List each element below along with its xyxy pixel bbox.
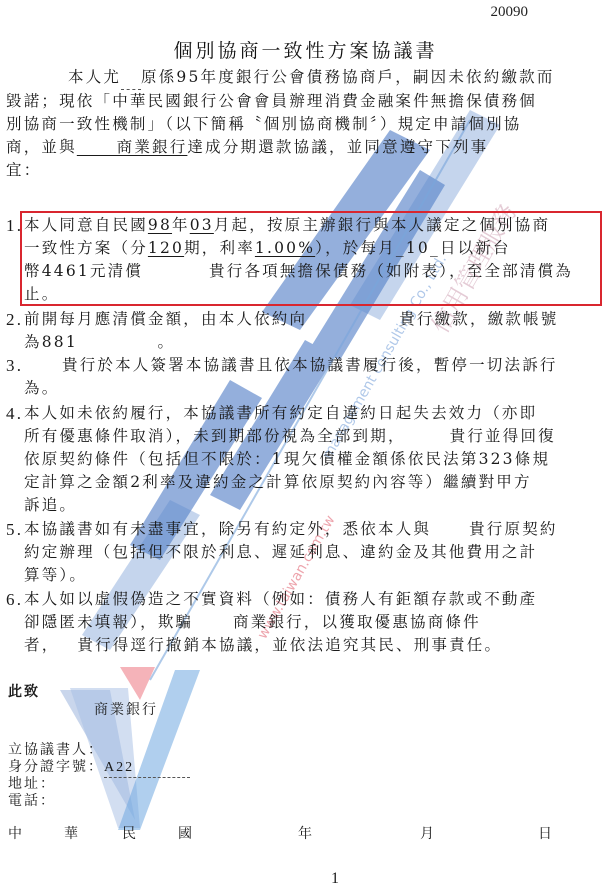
intro-line-4: 商，並與 商業銀行達成分期還款協議，並同意遵守下列事 bbox=[6, 136, 606, 159]
intro-line-5: 宜： bbox=[6, 159, 606, 182]
document-id: 20090 bbox=[491, 4, 574, 21]
id-label: 身分證字號： bbox=[8, 759, 104, 775]
monthly-amount: 幣4461元清償 bbox=[24, 262, 143, 280]
redacted-name bbox=[121, 66, 141, 90]
clause-3: 3. 貴行於本人簽署本協議書且依本協議書履行後，暫停一切法訴行 為。 bbox=[6, 354, 606, 400]
clause-2: 2. 前開每月應清償金額，由本人依約向貴行繳款，繳款帳號 為881 。 bbox=[6, 308, 606, 354]
page-number: 1 bbox=[0, 870, 611, 888]
clause-1-line-4: 止。 bbox=[24, 283, 606, 306]
clause-1-line-2: 一致性方案（分120期，利率1.00%），於每月_10_日以新台 bbox=[24, 237, 606, 260]
document-title: 個別協商一致性方案協議書 bbox=[0, 36, 611, 63]
id-value: A22 bbox=[104, 758, 190, 778]
installment-count: 120 bbox=[148, 239, 184, 257]
clause-number: 2. bbox=[6, 308, 23, 331]
phone-label: 電話： bbox=[8, 792, 56, 811]
payment-day: _10_ bbox=[396, 239, 440, 257]
clause-6: 6. 本人如以虛假偽造之不實資料（例如：債務人有鉅額存款或不動產 卻隱匿未填報）… bbox=[6, 588, 606, 657]
intro-line-2: 毀諾；現依「中華民國銀行公會會員辦理消費金融案件無擔保債務個 bbox=[6, 90, 606, 113]
interest-rate: 1.00% bbox=[255, 239, 315, 257]
salutation: 此致 bbox=[8, 683, 40, 702]
addressee-bank: 商業銀行 bbox=[58, 701, 158, 720]
start-month: 03 bbox=[190, 216, 214, 234]
clause-4: 4. 本人如未依約履行，本協議書所有約定自違約日起失去效力（亦即 所有優惠條件取… bbox=[6, 402, 606, 517]
start-year: 98 bbox=[148, 216, 172, 234]
clause-5: 5. 本協議書如有未盡事宜，除另有約定外，悉依本人與貴行原契約 約定辦理（包括但… bbox=[6, 518, 606, 587]
clause-number: 1. bbox=[6, 214, 23, 237]
clause-1-line-3: 幣4461元清償貴行各項無擔保債務（如附表），至全部清償為 bbox=[24, 260, 606, 283]
clause-1-line-1: 本人同意自民國98年03月起，按原主辦銀行與本人議定之個別協商 bbox=[24, 214, 606, 237]
account-number: 為881 。 bbox=[24, 331, 606, 354]
clause-number: 5. bbox=[6, 518, 23, 541]
clause-number: 6. bbox=[6, 588, 23, 611]
clause-1: 1. 本人同意自民國98年03月起，按原主辦銀行與本人議定之個別協商 一致性方案… bbox=[6, 214, 606, 306]
intro-paragraph: 本人尤 原係95年度銀行公會債務協商戶，嗣因未依約繳款而 毀諾；現依「中華民國銀… bbox=[6, 66, 606, 182]
clause-number: 4. bbox=[6, 402, 23, 425]
bank-name-underlined: 商業銀行 bbox=[77, 138, 188, 156]
intro-line-1: 本人尤 原係95年度銀行公會債務協商戶，嗣因未依約繳款而 bbox=[6, 66, 606, 90]
clause-number: 3. bbox=[6, 354, 23, 377]
intro-line-3: 別協商一致性機制」（以下簡稱〝個別協商機制〞）規定申請個別協 bbox=[6, 113, 606, 136]
